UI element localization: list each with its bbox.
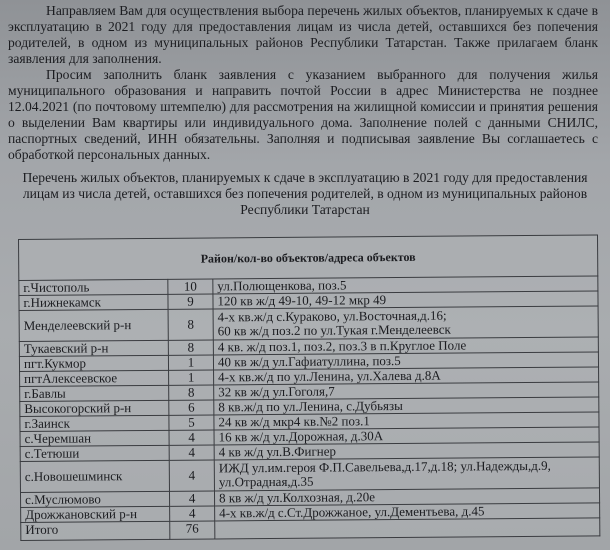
count-cell: 8	[168, 309, 213, 340]
district-cell: г.Заинск	[20, 415, 169, 431]
table-header: Район/кол-во объектов/адреса объектов	[19, 235, 598, 281]
table-body: г.Чистополь10ул.Полющенкова, поз.5г.Нижн…	[19, 276, 600, 541]
count-cell: 4	[170, 506, 215, 521]
district-cell: с.Муслюмово	[20, 491, 169, 507]
table-row: с.Новошешминск4ИЖД ул.им.героя Ф.П.Савел…	[20, 457, 599, 493]
district-cell: пгт.Кукмор	[19, 355, 168, 371]
district-cell: Высокогорский р-н	[20, 400, 169, 416]
total-label: Итого	[21, 521, 170, 540]
address-cell: ИЖД ул.им.героя Ф.П.Савельева,д.17,д.18;…	[214, 457, 599, 491]
count-cell: 4	[169, 460, 214, 491]
district-cell: с.Тетюши	[20, 445, 169, 461]
count-cell: 4	[169, 430, 214, 445]
district-cell: Менделеевский р-н	[19, 309, 168, 341]
district-cell: с.Черемшан	[20, 430, 169, 446]
district-cell: г.Нижнекамск	[19, 294, 168, 310]
count-cell: 10	[168, 279, 213, 294]
count-cell: 4	[169, 491, 214, 506]
total-count: 76	[170, 521, 215, 539]
address-cell: 4-х кв.ж/д с.Кураково, ул.Восточная,д.16…	[213, 306, 598, 340]
count-cell: 5	[169, 415, 214, 430]
list-title: Перечень жилых объектов, планируемых к с…	[10, 170, 600, 218]
count-cell: 1	[168, 355, 213, 370]
count-cell: 6	[169, 400, 214, 415]
count-cell: 8	[168, 340, 213, 355]
count-cell: 4	[169, 445, 214, 460]
district-cell: с.Новошешминск	[20, 460, 169, 492]
instructions-paragraph: Просим заполнить бланк заявления с указа…	[8, 67, 598, 163]
district-cell: г.Бавлы	[20, 385, 169, 401]
total-address	[215, 518, 600, 539]
count-cell: 9	[168, 294, 213, 309]
district-cell: Тукаевский р-н	[19, 340, 168, 356]
count-cell: 8	[169, 385, 214, 400]
housing-objects-table: Район/кол-во объектов/адреса объектов г.…	[18, 234, 600, 541]
total-row: Итого76	[21, 518, 600, 541]
table-row: Менделеевский р-н84-х кв.ж/д с.Кураково,…	[19, 306, 598, 342]
district-cell: Дрожжановский р-н	[21, 506, 170, 522]
count-cell: 1	[169, 370, 214, 385]
intro-paragraph: Направляем Вам для осуществления выбора …	[8, 3, 598, 67]
district-cell: пгтАлексеевское	[20, 370, 169, 386]
district-cell: г.Чистополь	[19, 279, 168, 295]
